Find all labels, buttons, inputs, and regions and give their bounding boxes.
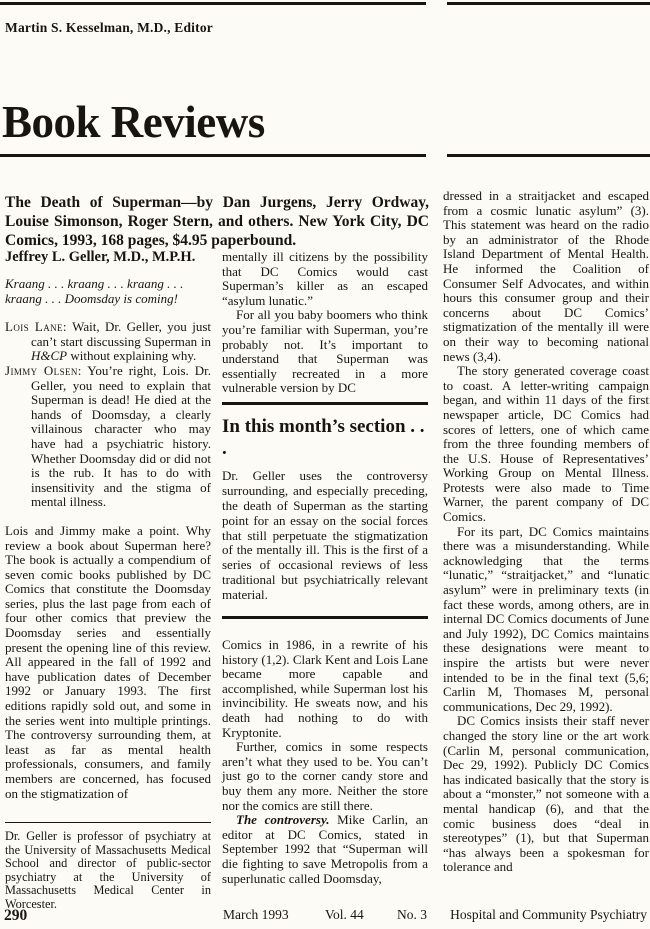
title-rule-right <box>447 154 650 157</box>
column-right: dressed in a straitjacket and escaped fr… <box>443 189 649 907</box>
footer-issue-date: March 1993 <box>223 907 289 923</box>
page-title: Book Reviews <box>2 97 265 147</box>
dialogue-jimmy-text: You’re right, Lois. Dr. Geller, you need… <box>31 363 211 509</box>
dialogue-jimmy: Jimmy Olsen: You’re right, Lois. Dr. Gel… <box>5 364 211 510</box>
body-paragraph: mentally ill citizens by the possibility… <box>222 250 428 308</box>
column-left: Jeffrey L. Geller, M.D., M.P.H. Kraang .… <box>5 250 211 801</box>
top-rule-left <box>0 2 426 5</box>
dialogue-lois-text-end: without explaining why. <box>67 348 196 363</box>
title-rule-left <box>0 154 426 157</box>
page-number: 290 <box>4 907 27 925</box>
subsection-lead-in: The controversy. <box>236 812 330 827</box>
editor-line: Martin S. Kesselman, M.D., Editor <box>5 20 213 36</box>
callout-text: Dr. Geller uses the controversy surround… <box>222 469 428 603</box>
body-paragraph: Further, comics in some respects aren’t … <box>222 740 428 813</box>
callout-heading: In this month’s section . . . <box>222 416 428 460</box>
section-callout-box: In this month’s section . . . Dr. Geller… <box>222 402 428 619</box>
footer-volume: Vol. 44 <box>325 907 364 923</box>
body-paragraph: The controversy. Mike Carlin, an editor … <box>222 813 428 886</box>
author-footnote: Dr. Geller is professor of psychiatry at… <box>5 822 211 912</box>
epigraph: Kraang . . . kraang . . . kraang . . . k… <box>5 277 211 306</box>
speaker-lois: Lois Lane: <box>5 319 67 334</box>
footer-journal-name: Hospital and Community Psychiatry <box>450 907 647 923</box>
body-paragraph: dressed in a straitjacket and escaped fr… <box>443 189 649 364</box>
dialogue-lois: Lois Lane: Wait, Dr. Geller, you just ca… <box>5 320 211 364</box>
body-paragraph: Comics in 1986, in a rewrite of his hist… <box>222 638 428 740</box>
journal-abbrev: H&CP <box>31 348 67 363</box>
book-citation: The Death of Superman—by Dan Jurgens, Je… <box>5 193 429 250</box>
column-middle: mentally ill citizens by the possibility… <box>222 250 428 886</box>
body-paragraph: For its part, DC Comics maintains there … <box>443 525 649 715</box>
journal-page: Martin S. Kesselman, M.D., Editor Book R… <box>0 0 650 929</box>
speaker-jimmy: Jimmy Olsen: <box>5 363 82 378</box>
body-paragraph: Lois and Jimmy make a point. Why review … <box>5 524 211 801</box>
body-paragraph: The story generated coverage coast to co… <box>443 364 649 525</box>
body-paragraph: DC Comics insists their staff never chan… <box>443 714 649 875</box>
body-paragraph: For all you baby boomers who think you’r… <box>222 308 428 396</box>
footer-number: No. 3 <box>397 907 427 923</box>
byline: Jeffrey L. Geller, M.D., M.P.H. <box>5 250 211 265</box>
top-rule-right <box>447 2 650 5</box>
